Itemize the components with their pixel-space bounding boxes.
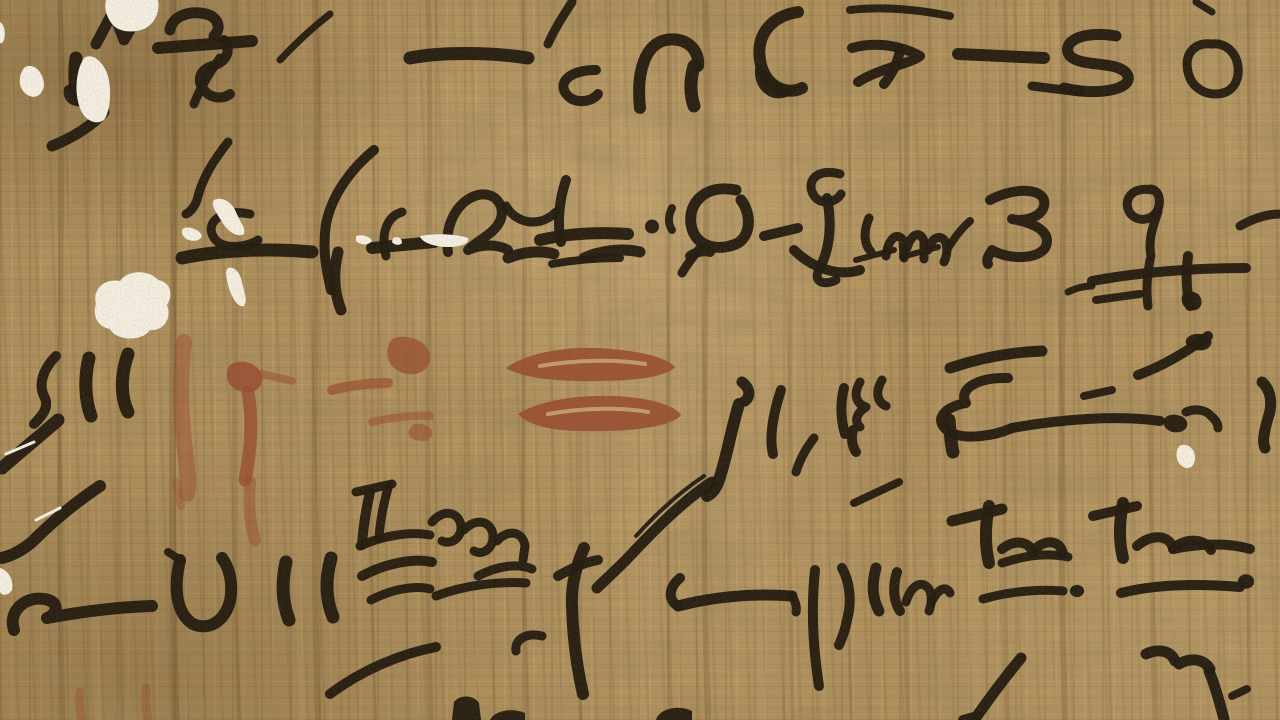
- papyrus-photograph: [0, 0, 1280, 720]
- photo-grain-layer: [0, 0, 1280, 720]
- ink-overlay: [0, 0, 1280, 720]
